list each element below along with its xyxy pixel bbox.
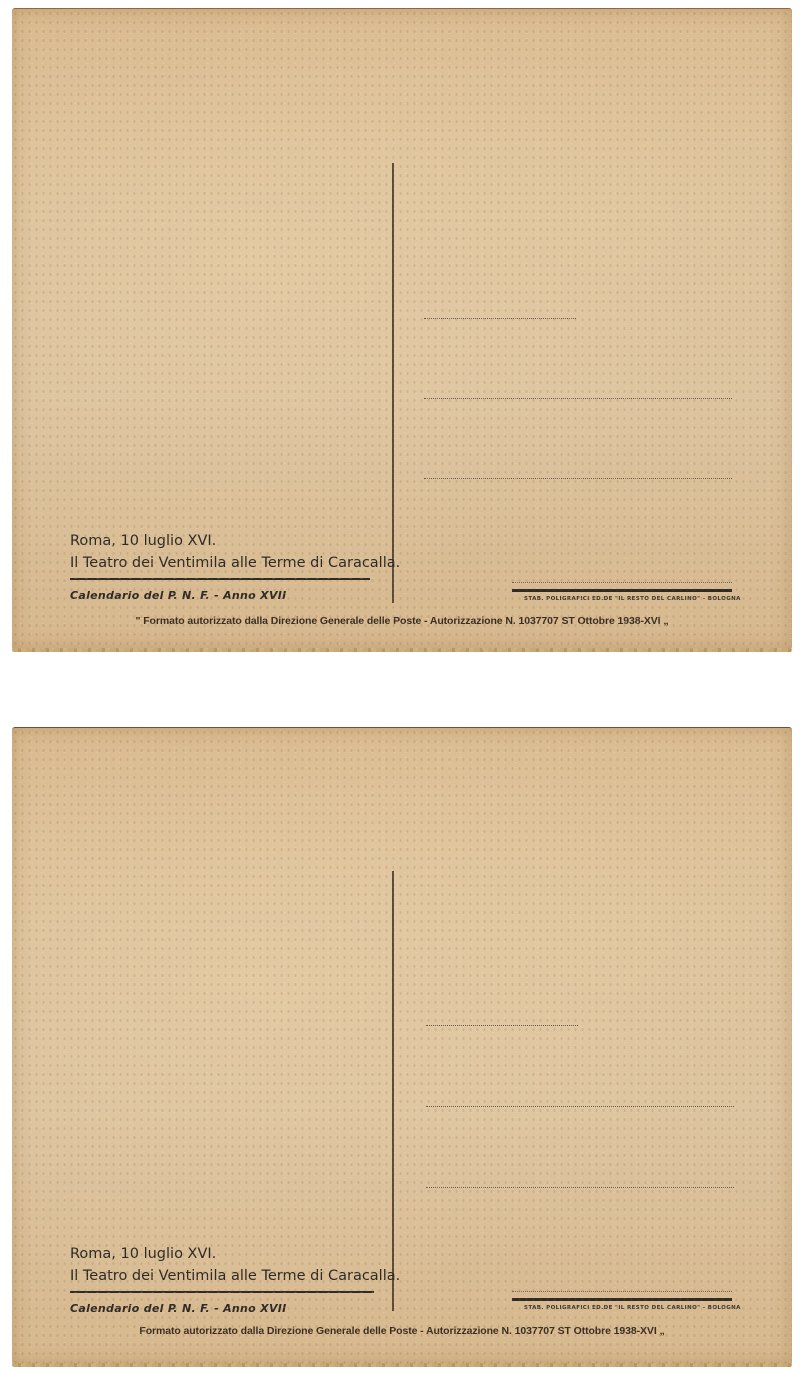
address-line-1: [424, 318, 576, 319]
stamp-dotted-line: [512, 1291, 732, 1292]
stamp-dotted-line: [512, 582, 732, 583]
printer-imprint: STAB. POLIGRAFICI ED.DE "IL RESTO DEL CA…: [524, 1305, 741, 1311]
center-divider-line: [392, 871, 394, 1311]
caption-rule: [70, 578, 370, 580]
address-line-3: [426, 1187, 734, 1188]
postcard-back-2: Roma, 10 luglio XVI. Il Teatro dei Venti…: [12, 727, 792, 1364]
caption-line-2: Il Teatro dei Ventimila alle Terme di Ca…: [70, 1266, 400, 1287]
caption-line-1: Roma, 10 luglio XVI.: [70, 1244, 216, 1265]
address-line-2: [424, 398, 732, 399]
series-label: Calendario del P. N. F. - Anno XVII: [70, 1302, 287, 1315]
address-line-1: [426, 1025, 578, 1026]
caption-line-2: Il Teatro dei Ventimila alle Terme di Ca…: [70, 553, 400, 574]
imprint-rule: [512, 589, 732, 592]
address-line-2: [426, 1106, 734, 1107]
printer-imprint: STAB. POLIGRAFICI ED.DE "IL RESTO DEL CA…: [524, 596, 741, 602]
postal-authorization: Formato autorizzato dalla Direzione Gene…: [12, 1325, 792, 1337]
deckled-edge: [12, 1363, 792, 1367]
deckled-edge: [12, 648, 792, 652]
caption-rule: [70, 1291, 374, 1293]
imprint-rule: [512, 1298, 732, 1301]
center-divider-line: [392, 163, 394, 603]
postal-authorization: " Formato autorizzato dalla Direzione Ge…: [12, 615, 792, 627]
address-line-3: [424, 478, 732, 479]
caption-line-1: Roma, 10 luglio XVI.: [70, 531, 216, 552]
postcard-back-1: Roma, 10 luglio XVI. Il Teatro dei Venti…: [12, 8, 792, 649]
series-label: Calendario del P. N. F. - Anno XVII: [70, 589, 287, 602]
